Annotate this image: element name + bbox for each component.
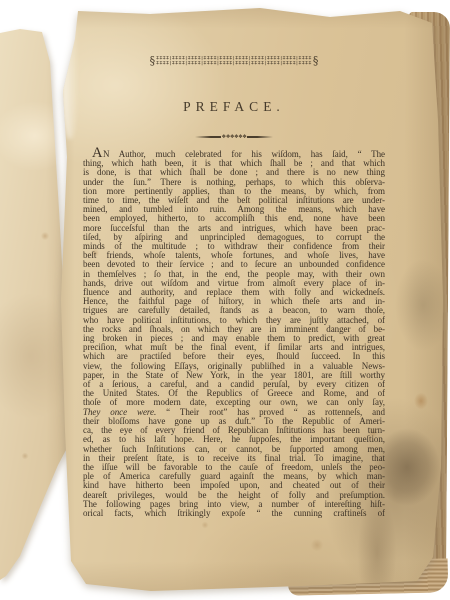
- section-divider-ornament: ❖❖❖❖❖❖: [83, 133, 385, 141]
- page-paper: § ‡‡‡‡|‡‡‡‡|‡‡‡‡|‡‡‡‡|‡‡‡‡|‡‡‡‡|‡‡‡‡|‡‡‡…: [55, 5, 448, 597]
- photo-scene: § ‡‡‡‡|‡‡‡‡|‡‡‡‡|‡‡‡‡|‡‡‡‡|‡‡‡‡|‡‡‡‡|‡‡‡…: [0, 0, 450, 600]
- body-segment-normal: “ Their root” has proved “ as rottenneſs…: [83, 407, 385, 518]
- page-curl-highlight: [62, 17, 78, 139]
- body-text: AN Author, much celebrated for his wiſdo…: [83, 150, 385, 518]
- divider-line-left: [195, 136, 221, 137]
- page-title: PREFACE.: [83, 99, 385, 115]
- header-ornament: § ‡‡‡‡|‡‡‡‡|‡‡‡‡|‡‡‡‡|‡‡‡‡|‡‡‡‡|‡‡‡‡|‡‡‡…: [83, 56, 385, 66]
- ornament-row-bottom: ‡‡‡‡|‡‡‡‡|‡‡‡‡|‡‡‡‡|‡‡‡‡|‡‡‡‡|‡‡‡‡|‡‡‡‡|…: [156, 61, 312, 66]
- ornament-end-left: §: [150, 56, 156, 66]
- ornament-end-right: §: [313, 56, 319, 66]
- body-segment-normal: N Author, much celebrated for his wiſdom…: [83, 149, 385, 407]
- book-page: § ‡‡‡‡|‡‡‡‡|‡‡‡‡|‡‡‡‡|‡‡‡‡|‡‡‡‡|‡‡‡‡|‡‡‡…: [55, 5, 448, 597]
- ornament-rows: ‡‡‡‡|‡‡‡‡|‡‡‡‡|‡‡‡‡|‡‡‡‡|‡‡‡‡|‡‡‡‡|‡‡‡‡|…: [156, 56, 312, 66]
- divider-line-right: [247, 136, 273, 137]
- divider-beads: ❖❖❖❖❖❖: [222, 134, 247, 140]
